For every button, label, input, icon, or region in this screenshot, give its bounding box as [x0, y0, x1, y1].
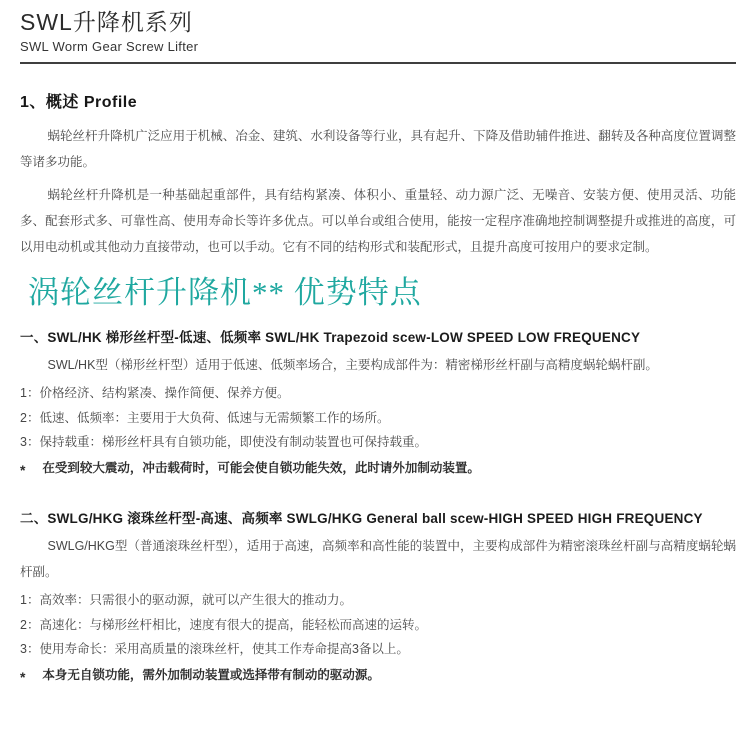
advantages-banner-title: 涡轮丝杆升降机** 优势特点	[28, 273, 736, 313]
asterisk-icon: *	[20, 458, 42, 483]
doc-header: SWL升降机系列 SWL Worm Gear Screw Lifter	[20, 8, 736, 64]
profile-heading: 1、概述 Profile	[20, 89, 736, 112]
trapezoid-section-heading: 一、SWL/HK 梯形丝杆型-低速、低频率 SWL/HK Trapezoid s…	[20, 326, 736, 346]
list-item: 2：高速化：与梯形丝杆相比，速度有很大的提高，能轻松而高速的运转。	[20, 613, 736, 638]
profile-section: 1、概述 Profile 蜗轮丝杆升降机广泛应用于机械、冶金、建筑、水利设备等行…	[20, 89, 736, 260]
trapezoid-section-intro: SWL/HK型（梯形丝杆型）适用于低速、低频率场合，主要构成部件为：精密梯形丝杆…	[20, 352, 736, 378]
list-item: 1：高效率：只需很小的驱动源，就可以产生很大的推动力。	[20, 588, 736, 613]
ball-warning-note: * 本身无自锁功能，需外加制动装置或选择带有制动的驱动源。	[20, 662, 736, 688]
note-text: 在受到较大震动，冲击载荷时，可能会使自锁功能失效，此时请外加制动装置。	[42, 456, 480, 481]
profile-paragraph-1: 蜗轮丝杆升降机广泛应用于机械、冶金、建筑、水利设备等行业，具有起升、下降及借助辅…	[20, 123, 736, 175]
ball-screw-section: 二、SWLG/HKG 滚珠丝杆型-高速、高频率 SWLG/HKG General…	[20, 507, 736, 687]
doc-subtitle: SWL Worm Gear Screw Lifter	[20, 39, 736, 54]
ball-section-intro: SWLG/HKG型（普通滚珠丝杆型），适用于高速，高频率和高性能的装置中，主要构…	[20, 533, 736, 585]
trapezoid-warning-note: * 在受到较大震动，冲击载荷时，可能会使自锁功能失效，此时请外加制动装置。	[20, 455, 736, 481]
doc-title: SWL升降机系列	[20, 8, 736, 37]
list-item: 1：价格经济、结构紧凑、操作简便、保养方便。	[20, 381, 736, 406]
trapezoid-screw-section: 一、SWL/HK 梯形丝杆型-低速、低频率 SWL/HK Trapezoid s…	[20, 326, 736, 480]
note-text: 本身无自锁功能，需外加制动装置或选择带有制动的驱动源。	[42, 663, 380, 688]
profile-paragraph-2: 蜗轮丝杆升降机是一种基础起重部件，具有结构紧凑、体积小、重量轻、动力源广泛、无噪…	[20, 182, 736, 260]
list-item: 2：低速、低频率：主要用于大负荷、低速与无需频繁工作的场所。	[20, 406, 736, 431]
list-item: 3：使用寿命长：采用高质量的滚珠丝杆，使其工作寿命提高3备以上。	[20, 637, 736, 662]
trapezoid-feature-list: 1：价格经济、结构紧凑、操作简便、保养方便。 2：低速、低频率：主要用于大负荷、…	[20, 381, 736, 480]
ball-feature-list: 1：高效率：只需很小的驱动源，就可以产生很大的推动力。 2：高速化：与梯形丝杆相…	[20, 588, 736, 687]
section-spacer	[20, 480, 736, 494]
document-page: SWL升降机系列 SWL Worm Gear Screw Lifter 1、概述…	[0, 0, 750, 750]
ball-section-heading: 二、SWLG/HKG 滚珠丝杆型-高速、高频率 SWLG/HKG General…	[20, 507, 736, 527]
asterisk-icon: *	[20, 665, 42, 690]
header-divider	[20, 62, 736, 64]
list-item: 3：保持载重：梯形丝杆具有自锁功能，即使没有制动装置也可保持载重。	[20, 430, 736, 455]
